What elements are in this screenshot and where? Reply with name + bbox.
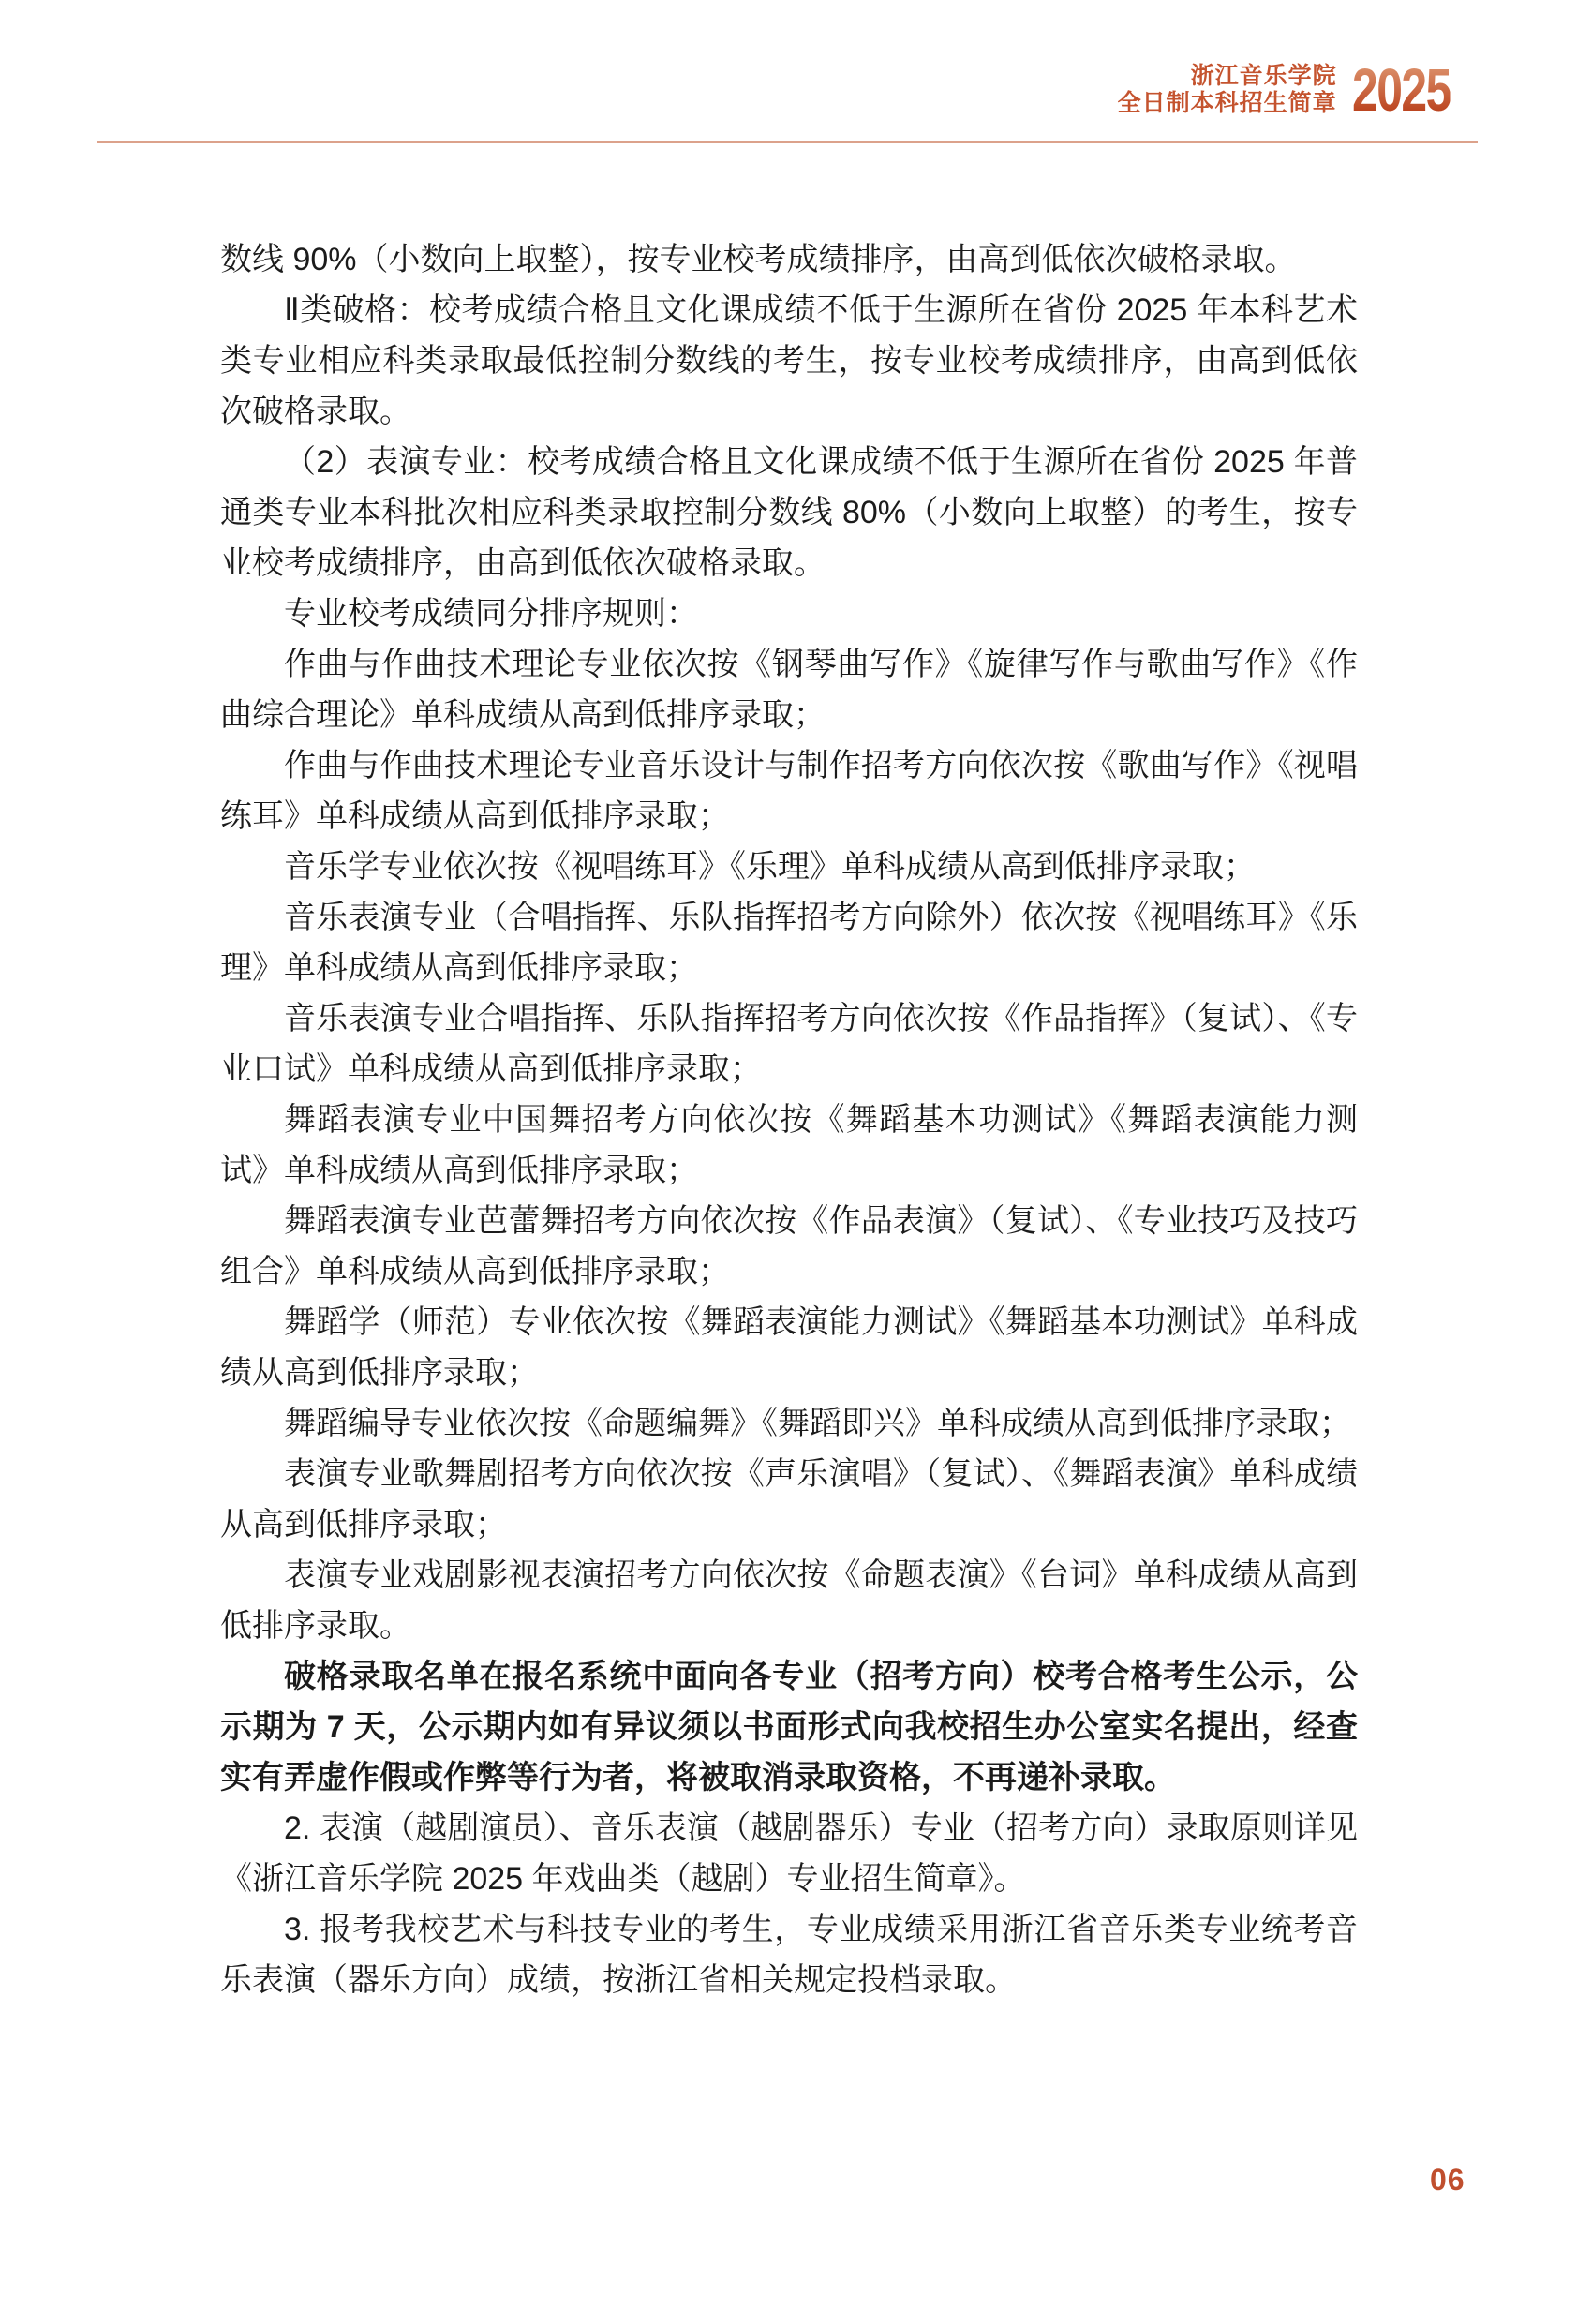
header-divider <box>97 141 1478 143</box>
paragraph: 作曲与作曲技术理论专业音乐设计与制作招考方向依次按《歌曲写作》《视唱练耳》单科成… <box>220 740 1358 842</box>
paragraph: 2. 表演（越剧演员）、音乐表演（越剧器乐）专业（招考方向）录取原则详见《浙江音… <box>220 1803 1358 1904</box>
paragraph: Ⅱ类破格：校考成绩合格且文化课成绩不低于生源所在省份 2025 年本科艺术类专业… <box>220 285 1358 437</box>
document-body: 数线 90%（小数向上取整），按专业校考成绩排序，由高到低依次破格录取。Ⅱ类破格… <box>220 234 1358 2005</box>
paragraph: 作曲与作曲技术理论专业依次按《钢琴曲写作》《旋律写作与歌曲写作》《作曲综合理论》… <box>220 639 1358 740</box>
paragraph: 3. 报考我校艺术与科技专业的考生，专业成绩采用浙江省音乐类专业统考音乐表演（器… <box>220 1904 1358 2005</box>
header-titles: 浙江音乐学院 全日制本科招生简章 <box>1118 63 1337 117</box>
paragraph: 音乐学专业依次按《视唱练耳》《乐理》单科成绩从高到低排序录取； <box>220 842 1358 892</box>
document-page: 浙江音乐学院 全日制本科招生简章 2025 数线 90%（小数向上取整），按专业… <box>0 0 1577 2324</box>
brochure-subtitle: 全日制本科招生简章 <box>1118 90 1337 117</box>
paragraph: 表演专业戏剧影视表演招考方向依次按《命题表演》《台词》单科成绩从高到低排序录取。 <box>220 1550 1358 1651</box>
paragraph: 舞蹈学（师范）专业依次按《舞蹈表演能力测试》《舞蹈基本功测试》单科成绩从高到低排… <box>220 1297 1358 1398</box>
paragraph: 音乐表演专业（合唱指挥、乐队指挥招考方向除外）依次按《视唱练耳》《乐理》单科成绩… <box>220 892 1358 993</box>
paragraph: 专业校考成绩同分排序规则： <box>220 588 1358 639</box>
paragraph: （2）表演专业：校考成绩合格且文化课成绩不低于生源所在省份 2025 年普通类专… <box>220 437 1358 588</box>
school-name: 浙江音乐学院 <box>1118 63 1337 90</box>
paragraph: 破格录取名单在报名系统中面向各专业（招考方向）校考合格考生公示，公示期为 7 天… <box>220 1651 1358 1803</box>
page-number: 06 <box>1430 2163 1465 2197</box>
paragraph: 舞蹈编导专业依次按《命题编舞》《舞蹈即兴》单科成绩从高到低排序录取； <box>220 1398 1358 1449</box>
paragraph: 舞蹈表演专业芭蕾舞招考方向依次按《作品表演》（复试）、《专业技巧及技巧组合》单科… <box>220 1196 1358 1297</box>
year-label: 2025 <box>1352 60 1451 120</box>
paragraph: 舞蹈表演专业中国舞招考方向依次按《舞蹈基本功测试》《舞蹈表演能力测试》单科成绩从… <box>220 1095 1358 1196</box>
paragraph: 音乐表演专业合唱指挥、乐队指挥招考方向依次按《作品指挥》（复试）、《专业口试》单… <box>220 993 1358 1095</box>
paragraph: 表演专业歌舞剧招考方向依次按《声乐演唱》（复试）、《舞蹈表演》单科成绩从高到低排… <box>220 1449 1358 1550</box>
page-header: 浙江音乐学院 全日制本科招生简章 2025 <box>1118 60 1478 120</box>
paragraph: 数线 90%（小数向上取整），按专业校考成绩排序，由高到低依次破格录取。 <box>220 234 1358 285</box>
